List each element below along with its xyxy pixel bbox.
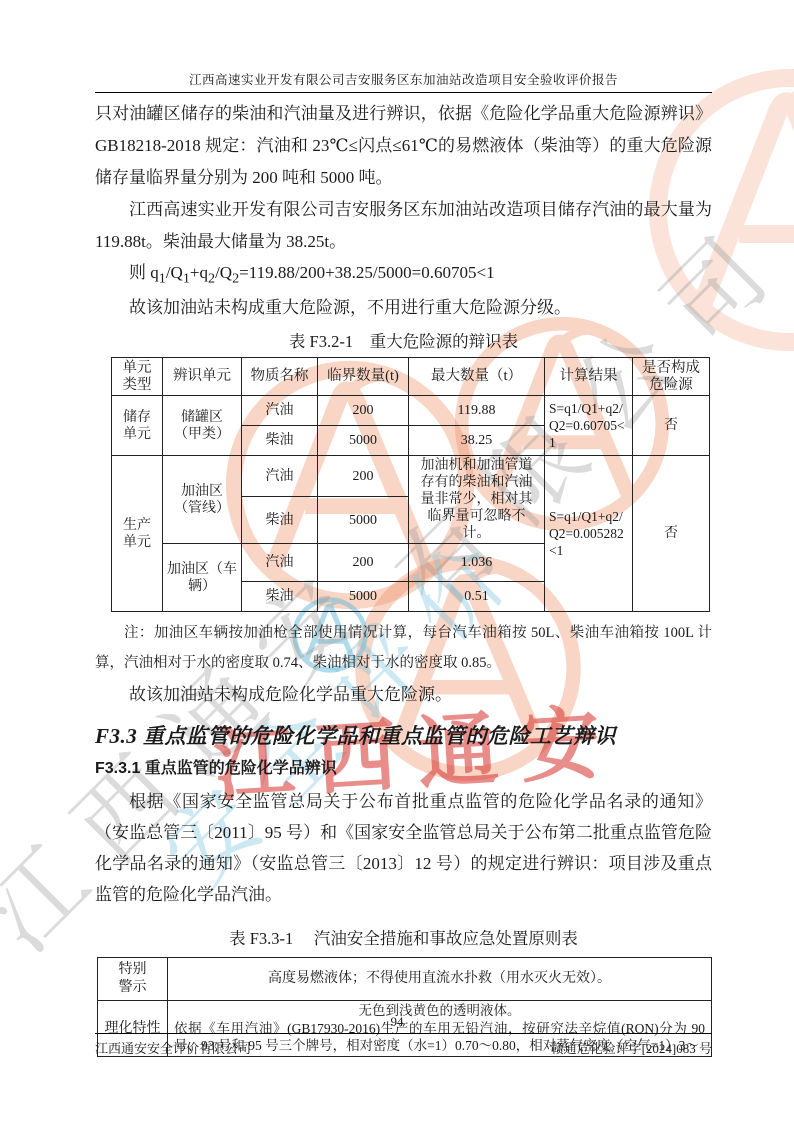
cell-substance: 柴油 <box>242 426 318 456</box>
cell-critical-qty: 5000 <box>318 496 409 544</box>
cell-critical-qty: 200 <box>318 544 409 582</box>
page-footer: 江西通安安全评价有限公司 赣通危化验评字[2024]083 号 <box>95 1038 712 1057</box>
section-heading-f3-3: F3.3 重点监管的危险化学品和重点监管的危险工艺辩识 <box>95 722 712 750</box>
footer-document-number: 赣通危化验评字[2024]083 号 <box>551 1038 712 1057</box>
col-header-substance: 物质名称 <box>242 358 318 396</box>
cell-special-warning-text: 高度易燃液体；不得使用直流水扑救（用水灭火无效）。 <box>168 958 712 1001</box>
cell-is-hazard: 否 <box>633 396 710 456</box>
cell-calc-result: S=q1/Q1+q2/Q2=0.60705<1 <box>545 396 633 456</box>
cell-substance: 柴油 <box>242 582 318 612</box>
cell-critical-qty: 200 <box>318 456 409 496</box>
paragraph-max-storage: 江西高速实业开发有限公司吉安服务区东加油站改造项目储存汽油的最大量为 119.8… <box>95 194 712 258</box>
cell-unit-storage: 储存 单元 <box>112 396 163 456</box>
cell-unit-production: 生产 单元 <box>112 456 163 612</box>
col-header-calc-result: 计算结果 <box>545 358 633 396</box>
cell-critical-qty: 5000 <box>318 582 409 612</box>
header-rule <box>95 92 712 93</box>
table-row: 特别 警示 高度易燃液体；不得使用直流水扑救（用水灭火无效）。 <box>98 958 712 1001</box>
cell-max-qty: 0.51 <box>409 582 545 612</box>
paragraph-conclusion-2: 故该加油站未构成危险化学品重大危险源。 <box>95 680 712 710</box>
cell-max-qty: 38.25 <box>409 426 545 456</box>
major-hazard-identification-table: 单元 类型 辨识单元 物质名称 临界数量(t) 最大数量（t） 计算结果 是否构… <box>111 357 710 612</box>
table-header-row: 单元 类型 辨识单元 物质名称 临界数量(t) 最大数量（t） 计算结果 是否构… <box>112 358 710 396</box>
cell-substance: 汽油 <box>242 396 318 426</box>
col-header-identify-unit: 辨识单元 <box>163 358 242 396</box>
cell-substance: 柴油 <box>242 496 318 544</box>
col-header-is-hazard: 是否构成 危险源 <box>633 358 710 396</box>
page-header-title: 江西高速实业开发有限公司吉安服务区东加油站改造项目安全验收评价报告 <box>95 0 712 88</box>
page-number: 94 <box>0 1014 794 1030</box>
cell-label-special-warning: 特别 警示 <box>98 958 168 1001</box>
footer-rule <box>95 1033 712 1034</box>
cell-is-hazard: 否 <box>633 456 710 612</box>
footer-company-name: 江西通安安全评价有限公司 <box>95 1038 251 1057</box>
page-content: 江西高速实业开发有限公司吉安服务区东加油站改造项目安全验收评价报告 只对油罐区储… <box>0 0 794 1057</box>
cell-max-qty-note: 加油机和加油管道存有的柴油和汽油量非常少，相对其临界量可忽略不计。 <box>409 456 545 544</box>
col-header-unit-type: 单元 类型 <box>112 358 163 396</box>
cell-critical-qty: 5000 <box>318 426 409 456</box>
cell-max-qty: 119.88 <box>409 396 545 426</box>
cell-area-pipeline: 加油区 （管线） <box>163 456 242 544</box>
cell-critical-qty: 200 <box>318 396 409 426</box>
col-header-critical-qty: 临界数量(t) <box>318 358 409 396</box>
cell-max-qty: 1.036 <box>409 544 545 582</box>
col-header-max-qty: 最大数量（t） <box>409 358 545 396</box>
document-page: 有限公司 江西通安 安全评价 江西通安 江西高速实业开发有限公司吉安服务区东加油… <box>0 0 794 1123</box>
cell-substance: 汽油 <box>242 544 318 582</box>
table2-title: 表 F3.3-1 汽油安全措施和事故应急处置原则表 <box>95 927 712 951</box>
cell-area-vehicle: 加油区（车 辆） <box>163 544 242 612</box>
paragraph-formula: 则 q1/Q1+q2/Q2=119.88/200+38.25/5000=0.60… <box>95 258 712 293</box>
table1-title: 表 F3.2-1 重大危险源的辩识表 <box>95 329 712 355</box>
table-footnote: 注：加油区车辆按加油枪全部使用情况计算，每台汽车油箱按 50L、柴油车油箱按 1… <box>95 618 712 678</box>
paragraph-regulation-basis: 根据《国家安全监管总局关于公布首批重点监管的危险化学品名录的通知》（安监总管三〔… <box>95 786 712 910</box>
cell-area-tank: 储罐区 （甲类） <box>163 396 242 456</box>
table-row: 生产 单元 加油区 （管线） 汽油 200 加油机和加油管道存有的柴油和汽油量非… <box>112 456 710 496</box>
cell-calc-result: S=q1/Q1+q2/Q2=0.005282<1 <box>545 456 633 612</box>
paragraph-conclusion-1: 故该加油站未构成重大危险源，不用进行重大危险源分级。 <box>95 293 712 323</box>
subsection-heading-f3-3-1: F3.3.1 重点监管的危险化学品辨识 <box>95 758 712 780</box>
cell-substance: 汽油 <box>242 456 318 496</box>
paragraph-scope: 只对油罐区储存的柴油和汽油量及进行辨识，依据《危险化学品重大危险源辨识》GB18… <box>95 98 712 194</box>
table-row: 储存 单元 储罐区 （甲类） 汽油 200 119.88 S=q1/Q1+q2/… <box>112 396 710 426</box>
